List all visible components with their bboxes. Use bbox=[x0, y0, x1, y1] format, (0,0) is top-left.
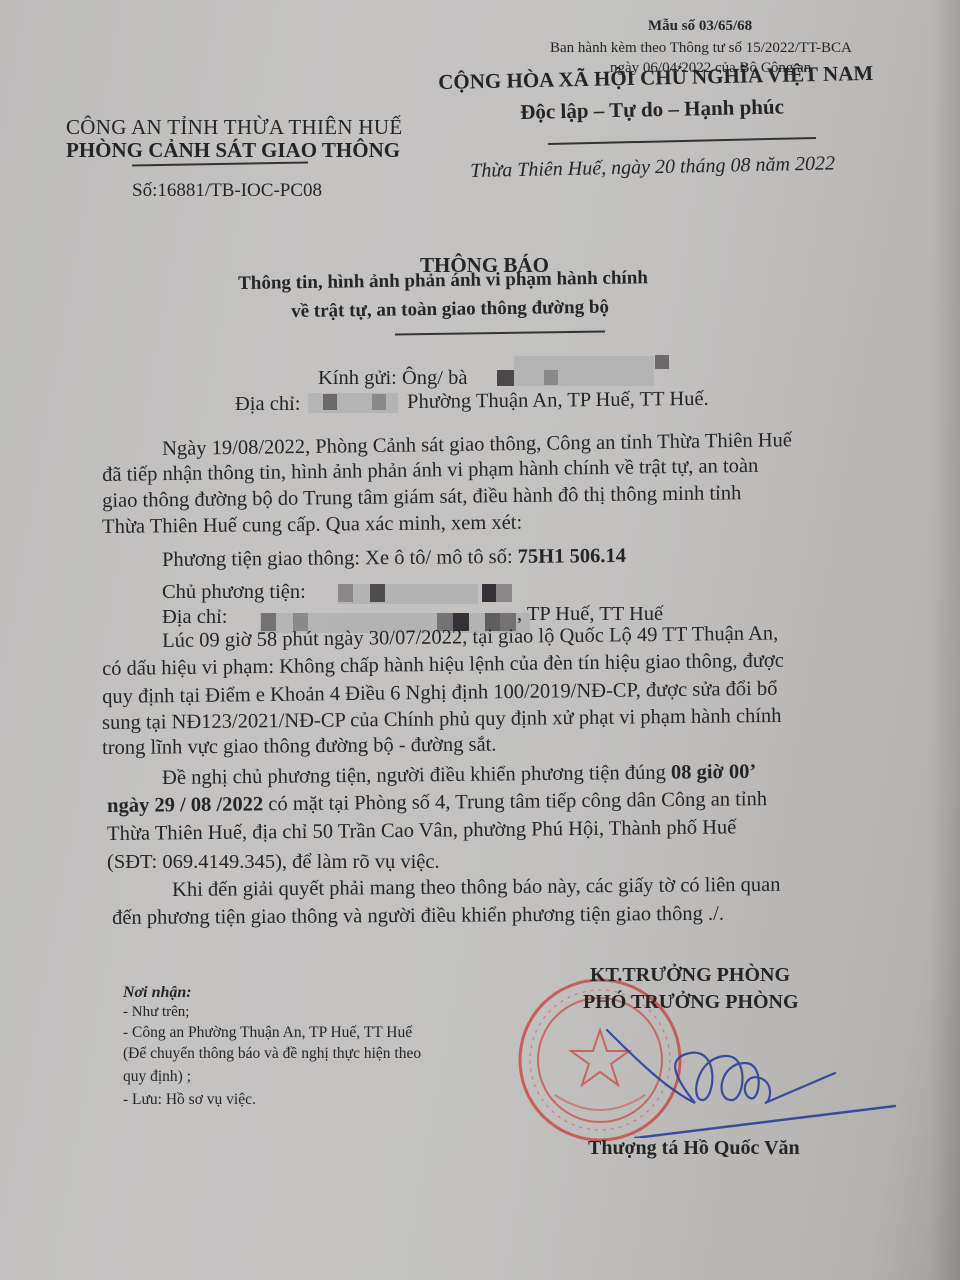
motto-underline bbox=[548, 137, 816, 145]
redaction-block bbox=[370, 584, 385, 602]
place-date: Thừa Thiên Huế, ngày 20 tháng 08 năm 202… bbox=[470, 152, 835, 183]
redaction-block bbox=[497, 370, 514, 386]
redaction-block bbox=[482, 584, 496, 602]
redaction-block bbox=[372, 394, 386, 410]
text-line: Thừa Thiên Huế cung cấp. Qua xác minh, x… bbox=[102, 512, 522, 539]
signature-title-2: PHÓ TRƯỞNG PHÒNG bbox=[583, 991, 799, 1014]
redaction-block bbox=[544, 370, 558, 385]
vehicle-plate: 75H1 506.14 bbox=[518, 545, 626, 568]
recipient-item: - Như trên; bbox=[123, 1004, 189, 1021]
recipient-address: Phường Thuận An, TP Huế, TT Huế. bbox=[407, 388, 709, 414]
recipient-item: - Lưu: Hồ sơ vụ việc. bbox=[123, 1091, 256, 1109]
text-line: Lúc 09 giờ 58 phút ngày 30/07/2022, tại … bbox=[162, 622, 778, 653]
salutation-label: Kính gửi: Ông/ bà bbox=[318, 367, 467, 390]
document-subtitle-line-1: Thông tin, hình ảnh phản ánh vi phạm hàn… bbox=[238, 267, 648, 295]
appointment-date: ngày 29 / 08 /2022 bbox=[107, 793, 263, 817]
redaction-block bbox=[655, 355, 669, 369]
text-line: Khi đến giải quyết phải mang theo thông … bbox=[172, 874, 781, 902]
address-label: Địa chỉ: bbox=[235, 393, 300, 416]
recipient-item: - Công an Phường Thuận An, TP Huế, TT Hu… bbox=[123, 1024, 412, 1042]
text-line: quy định tại Điểm e Khoản 4 Điều 6 Nghị … bbox=[102, 678, 778, 709]
contact-phone-line: (SĐT: 069.4149.345), để làm rõ vụ việc. bbox=[107, 851, 440, 874]
redaction-block bbox=[514, 356, 654, 386]
document-subtitle-line-2: về trật tự, an toàn giao thông đường bộ bbox=[291, 297, 609, 323]
appointment-time: 08 giờ 00’ bbox=[671, 761, 757, 784]
text-line: trong lĩnh vực giao thông đường bộ - đườ… bbox=[102, 734, 497, 760]
recipient-item: quy định) ; bbox=[123, 1068, 191, 1086]
document-number: Số:16881/TB-IOC-PC08 bbox=[132, 180, 322, 202]
appointment-location: có mặt tại Phòng số 4, Trung tâm tiếp cô… bbox=[268, 788, 767, 815]
signature-title-1: KT.TRƯỞNG PHÒNG bbox=[590, 964, 790, 987]
form-number: Mẫu số 03/65/68 bbox=[648, 18, 752, 35]
redaction-block bbox=[338, 584, 478, 604]
text-line: sung tại NĐ123/2021/NĐ-CP của Chính phủ … bbox=[102, 705, 782, 735]
text-line: giao thông đường bộ do Trung tâm giám sá… bbox=[102, 482, 741, 513]
national-motto: Độc lập – Tự do – Hạnh phúc bbox=[520, 94, 784, 125]
recipient-item: (Để chuyển thông báo và đề nghị thực hiệ… bbox=[123, 1045, 421, 1063]
redaction-block bbox=[338, 584, 353, 602]
owner-address-label: Địa chỉ: bbox=[162, 606, 227, 629]
subtitle-underline bbox=[395, 331, 605, 335]
text-line: Đề nghị chủ phương tiện, người điều khiể… bbox=[162, 761, 756, 790]
text-line: có dấu hiệu vi phạm: Không chấp hành hiệ… bbox=[102, 650, 784, 681]
appointment-request: Đề nghị chủ phương tiện, người điều khiể… bbox=[162, 762, 666, 789]
vehicle-label: Phương tiện giao thông: Xe ô tô/ mô tô s… bbox=[162, 546, 513, 571]
redaction-block bbox=[496, 584, 512, 602]
handwritten-signature-icon bbox=[595, 1018, 905, 1138]
nation-title: CỘNG HÒA XÃ HỘI CHỦ NGHĨA VIỆT NAM bbox=[438, 61, 873, 95]
form-issued-line-1: Ban hành kèm theo Thông tư số 15/2022/TT… bbox=[550, 40, 852, 57]
agency-name: CÔNG AN TỈNH THỪA THIÊN HUẾ bbox=[66, 115, 402, 140]
owner-address: , TP Huế, TT Huế bbox=[517, 603, 663, 626]
signer-name: Thượng tá Hồ Quốc Văn bbox=[588, 1137, 800, 1160]
recipients-heading: Nơi nhận: bbox=[123, 984, 192, 1002]
owner-label: Chủ phương tiện: bbox=[162, 581, 306, 604]
text-line: đến phương tiện giao thông và người điều… bbox=[112, 903, 724, 930]
document-page: Mẫu số 03/65/68 Ban hành kèm theo Thông … bbox=[0, 0, 960, 1280]
page-edge-shadow bbox=[930, 0, 960, 1280]
text-line: ngày 29 / 08 /2022 có mặt tại Phòng số 4… bbox=[107, 788, 767, 818]
redaction-block bbox=[323, 394, 337, 410]
department-name: PHÒNG CẢNH SÁT GIAO THÔNG bbox=[66, 138, 400, 163]
vehicle-line: Phương tiện giao thông: Xe ô tô/ mô tô s… bbox=[162, 545, 626, 572]
text-line: Thừa Thiên Huế, địa chỉ 50 Trần Cao Vân,… bbox=[107, 816, 736, 846]
